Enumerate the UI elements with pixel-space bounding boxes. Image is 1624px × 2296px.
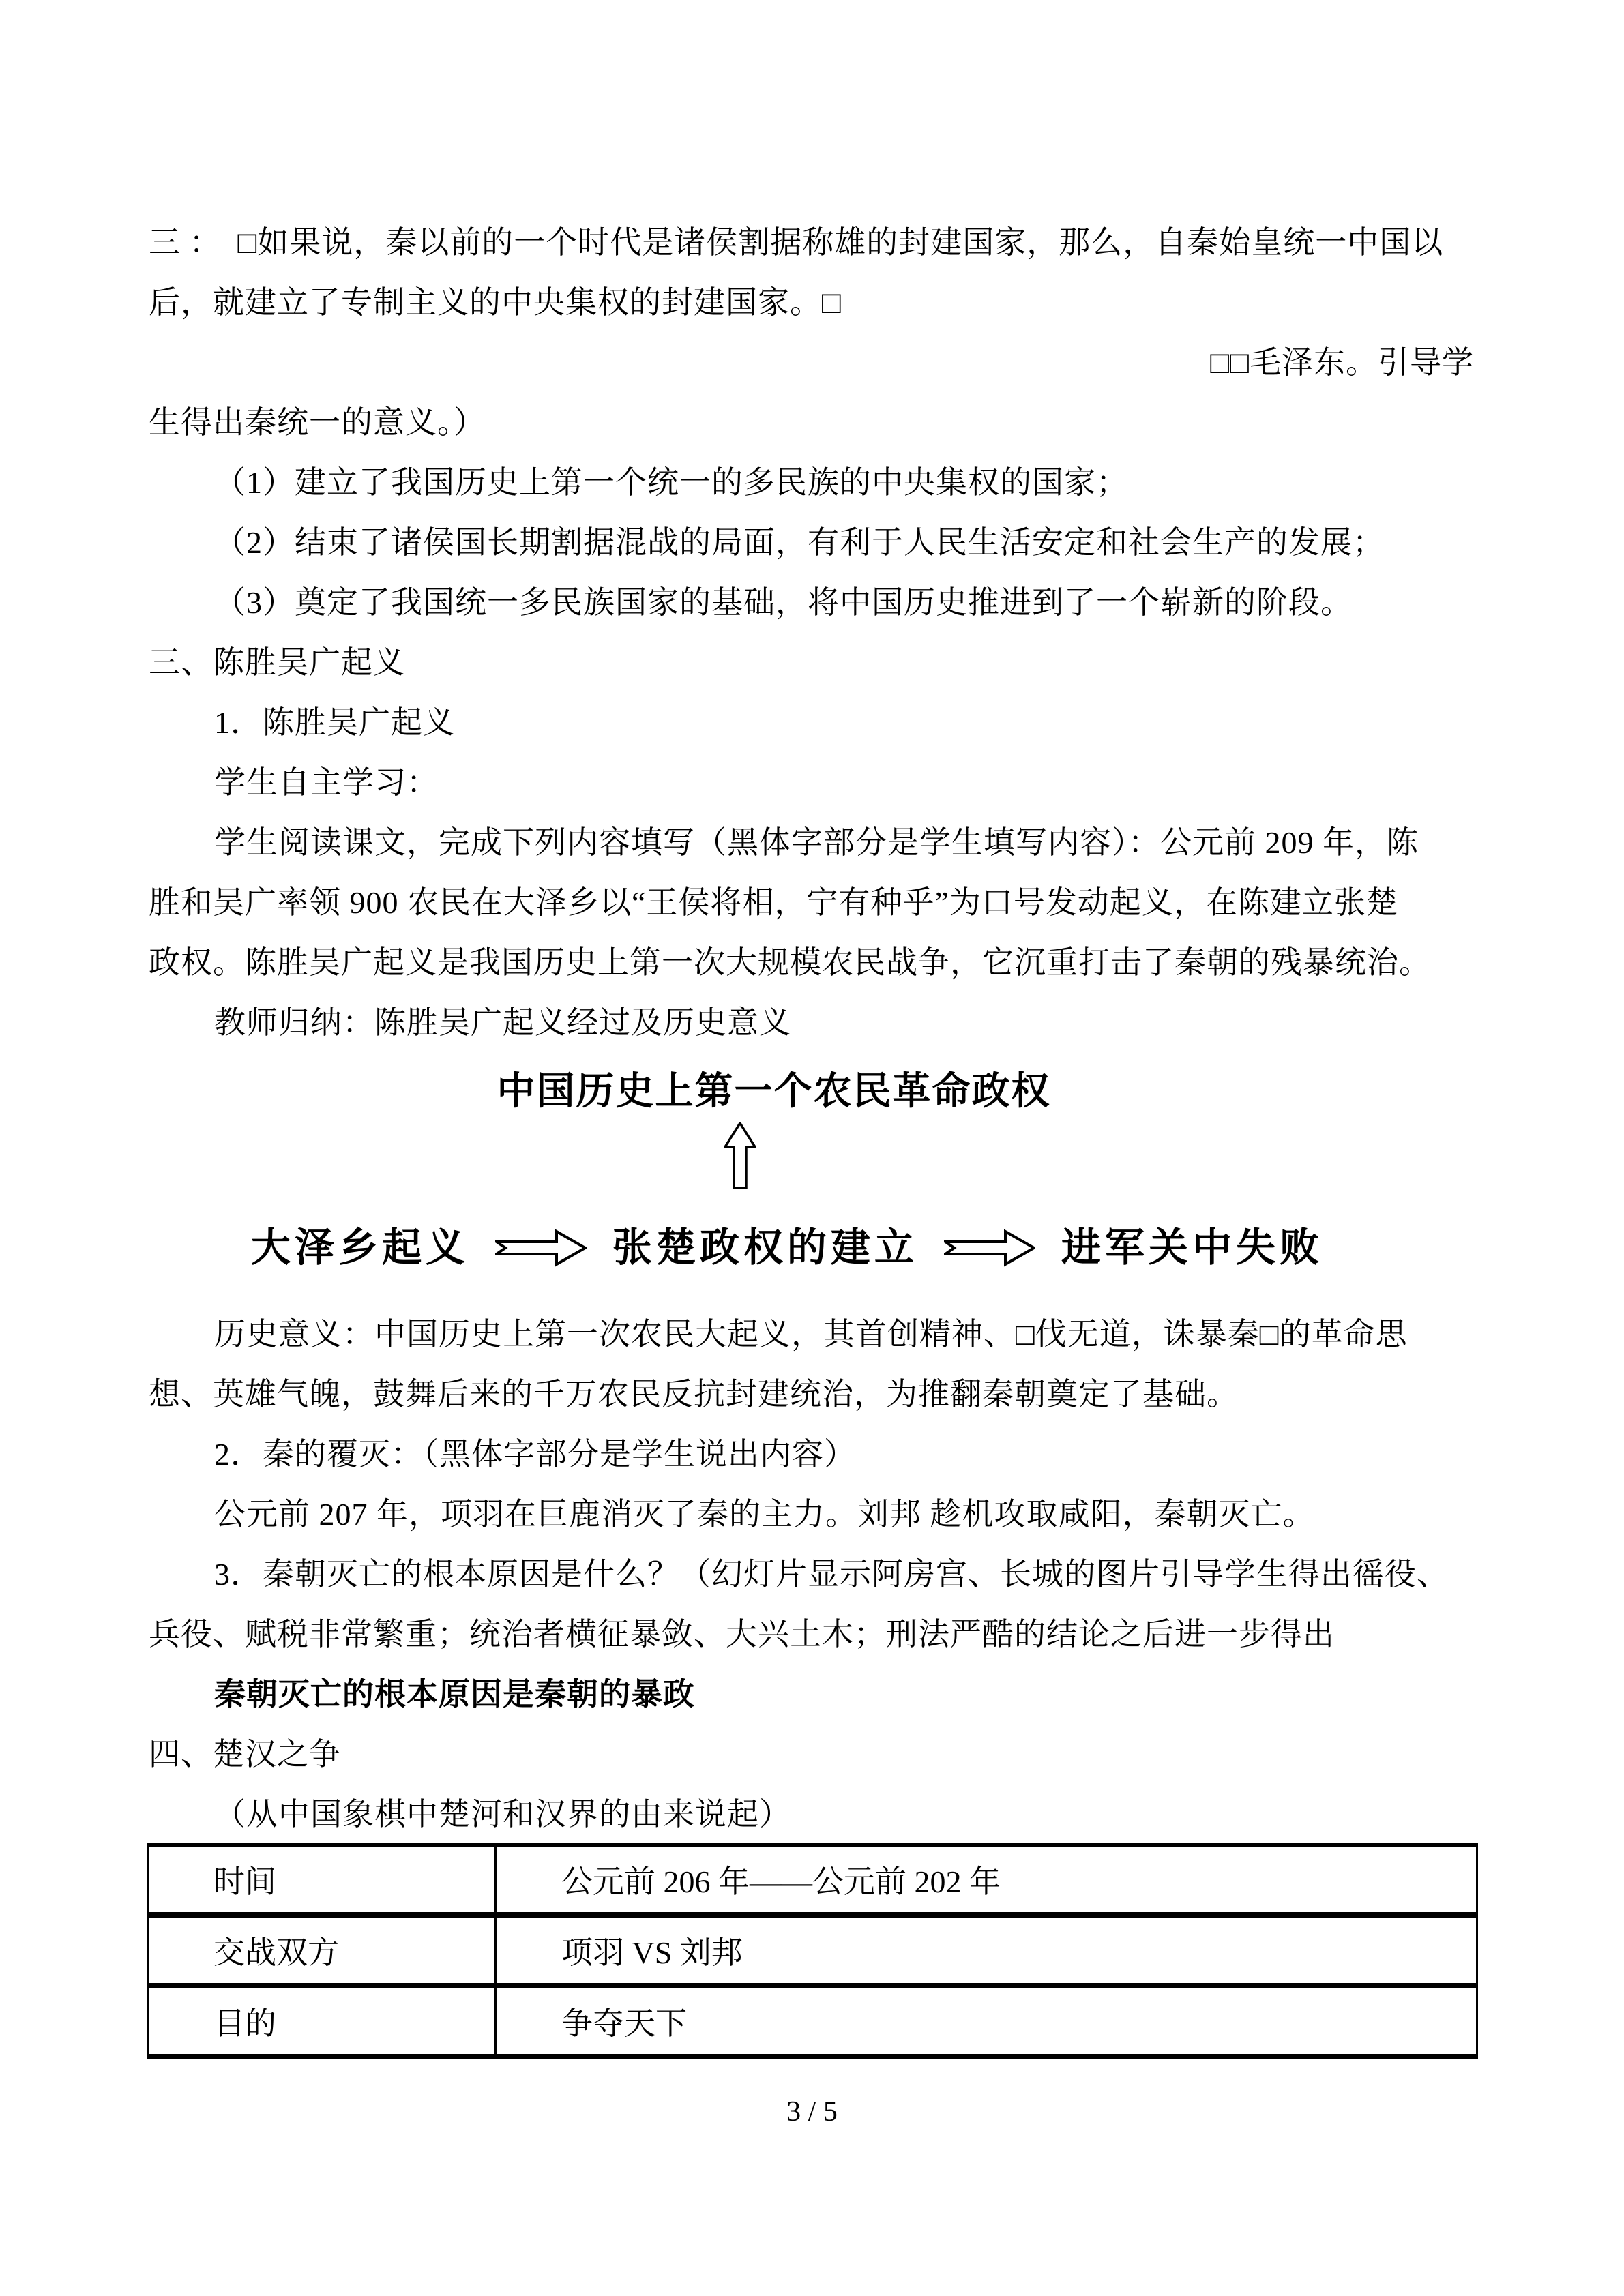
- flow-row: 大泽乡起义 张楚政权的建立 进军关中失败: [251, 1224, 1488, 1272]
- document-content: 三 ： □如果说，秦以前的一个时代是诸侯割据称雄的封建国家，那么，自秦始皇统一中…: [149, 213, 1488, 2059]
- flow-step: 张楚政权的建立: [612, 1224, 918, 1272]
- text-line: 兵役、赋税非常繁重；统治者横征暴敛、大兴土木；刑法严酷的结论之后进一步得出: [149, 1605, 1488, 1665]
- text-line: 生得出秦统一的意义。）: [149, 393, 1488, 453]
- sub-heading: 3．秦朝灭亡的根本原因是什么？（幻灯片显示阿房宫、长城的图片引导学生得出徭役、: [149, 1545, 1488, 1605]
- text-line: 后，就建立了专制主义的中央集权的封建国家。□: [149, 273, 1488, 333]
- text-line: 三 ： □如果说，秦以前的一个时代是诸侯割据称雄的封建国家，那么，自秦始皇统一中…: [149, 213, 1488, 273]
- text-line: 学生阅读课文，完成下列内容填写（黑体字部分是学生填写内容）：公元前 209 年，…: [149, 813, 1488, 873]
- table-row: 目的 争夺天下: [148, 1986, 1477, 2057]
- attribution-line: □□毛泽东。引导学: [149, 333, 1488, 393]
- row-value-cell: 争夺天下: [496, 1986, 1477, 2057]
- text-line: （从中国象棋中楚河和汉界的由来说起）: [149, 1785, 1488, 1845]
- text-line: 政权。陈胜吴广起义是我国历史上第一次大规模农民战争，它沉重打击了秦朝的残暴统治。: [149, 933, 1488, 993]
- row-label-cell: 交战双方: [148, 1915, 496, 1986]
- text-line: 教师归纳：陈胜吴广起义经过及历史意义: [149, 993, 1488, 1053]
- diagram-title: 中国历史上第一个农民革命政权: [149, 1071, 1399, 1113]
- right-arrow-icon: [944, 1229, 1035, 1267]
- text-block-1: 三 ： □如果说，秦以前的一个时代是诸侯割据称雄的封建国家，那么，自秦始皇统一中…: [149, 213, 1488, 1053]
- emphasis-line: 秦朝灭亡的根本原因是秦朝的暴政: [149, 1665, 1488, 1725]
- up-arrow-wrap: [149, 1122, 1331, 1189]
- document-page: 三 ： □如果说，秦以前的一个时代是诸侯割据称雄的封建国家，那么，自秦始皇统一中…: [0, 0, 1624, 2296]
- right-arrow-icon: [495, 1229, 587, 1267]
- flow-diagram: 中国历史上第一个农民革命政权 大泽乡起义 张楚政权的建立 进军关中失败: [149, 1071, 1488, 1272]
- text-line: 想、英雄气魄，鼓舞后来的千万农民反抗封建统治，为推翻秦朝奠定了基础。: [149, 1365, 1488, 1425]
- flow-step: 进军关中失败: [1061, 1224, 1323, 1272]
- text-line: 公元前 207 年，项羽在巨鹿消灭了秦的主力。刘邦 趁机攻取咸阳，秦朝灭亡。: [149, 1485, 1488, 1545]
- text-line: 学生自主学习：: [149, 753, 1488, 813]
- list-item: （1）建立了我国历史上第一个统一的多民族的中央集权的国家；: [149, 453, 1488, 513]
- section-heading: 四、楚汉之争: [149, 1725, 1488, 1785]
- table-row: 交战双方 项羽 VS 刘邦: [148, 1915, 1477, 1986]
- row-value-cell: 项羽 VS 刘邦: [496, 1915, 1477, 1986]
- up-arrow-icon: [724, 1122, 756, 1189]
- section-heading: 三、陈胜吴广起义: [149, 633, 1488, 693]
- sub-heading: 2．秦的覆灭：（黑体字部分是学生说出内容）: [149, 1425, 1488, 1485]
- list-item: （2）结束了诸侯国长期割据混战的局面，有利于人民生活安定和社会生产的发展；: [149, 513, 1488, 573]
- table-row: 时间 公元前 206 年——公元前 202 年: [148, 1845, 1477, 1915]
- text-line: 历史意义：中国历史上第一次农民大起义，其首创精神、□伐无道，诛暴秦□的革命思: [149, 1304, 1488, 1365]
- page-number: 3 / 5: [0, 2095, 1624, 2129]
- row-value-cell: 公元前 206 年——公元前 202 年: [496, 1845, 1477, 1915]
- row-label-cell: 目的: [148, 1986, 496, 2057]
- list-item: （3）奠定了我国统一多民族国家的基础，将中国历史推进到了一个崭新的阶段。: [149, 573, 1488, 633]
- flow-step: 大泽乡起义: [251, 1224, 469, 1272]
- text-block-2: 历史意义：中国历史上第一次农民大起义，其首创精神、□伐无道，诛暴秦□的革命思 想…: [149, 1304, 1488, 1845]
- sub-heading: 1．陈胜吴广起义: [149, 693, 1488, 753]
- text-line: 胜和吴广率领 900 农民在大泽乡以“王侯将相，宁有种乎”为口号发动起义，在陈建…: [149, 873, 1488, 933]
- row-label-cell: 时间: [148, 1845, 496, 1915]
- chu-han-war-table: 时间 公元前 206 年——公元前 202 年 交战双方 项羽 VS 刘邦 目的…: [147, 1843, 1478, 2059]
